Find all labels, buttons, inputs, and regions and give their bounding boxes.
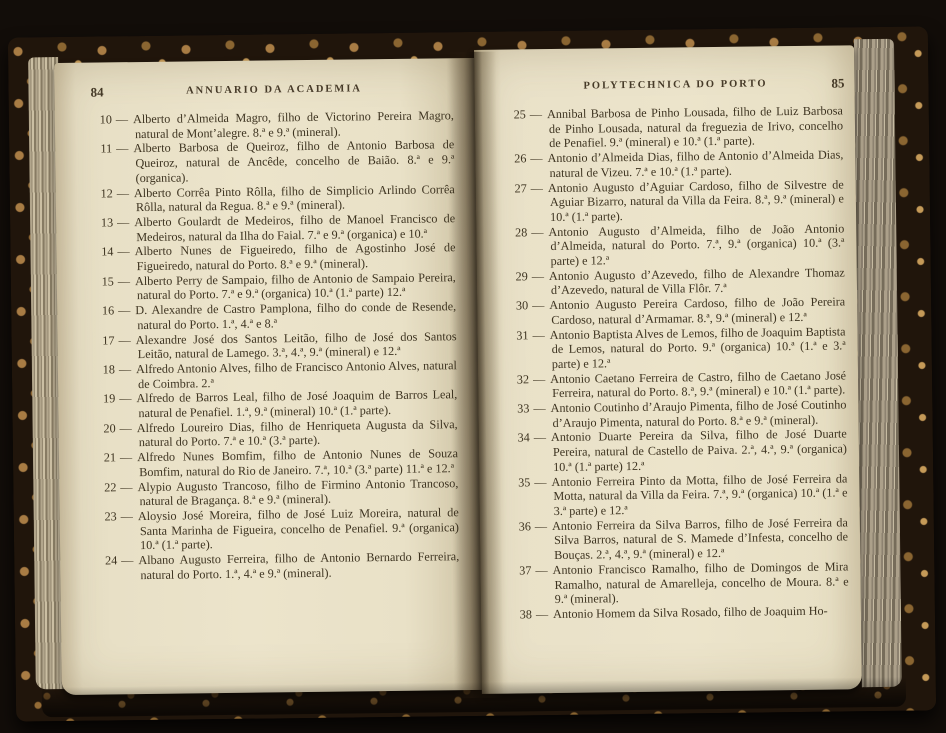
catalog-entry: 31—Antonio Baptista Alves de Lemos, filh…	[511, 324, 846, 372]
entry-text: D. Alexandre de Castro Pamplona, filho d…	[135, 299, 456, 332]
entry-number: 35	[513, 475, 530, 490]
catalog-entry: 32—Antonio Caetano Ferreira de Castro, f…	[512, 368, 846, 401]
entry-number: 28	[510, 225, 527, 240]
catalog-entry: 33—Antonio Coutinho d’Araujo Pimenta, fi…	[512, 397, 846, 430]
entry-dash: —	[115, 391, 136, 405]
catalog-entry: 12—Alberto Corrêa Pinto Rôlla, filho de …	[96, 182, 455, 216]
entry-number: 26	[509, 151, 526, 166]
entry-number: 27	[510, 181, 527, 196]
entry-number: 34	[513, 431, 530, 446]
entry-number: 19	[98, 392, 115, 407]
entries-list: 25—Annibal Barbosa de Pinho Lousada, fil…	[509, 103, 849, 622]
entry-number: 14	[96, 245, 113, 260]
entry-text: Alberto d’Almeida Magro, filho de Victor…	[133, 108, 454, 141]
entry-number: 33	[512, 401, 529, 416]
catalog-entry: 16—D. Alexandre de Castro Pamplona, filh…	[97, 299, 456, 333]
entries-list: 10—Alberto d’Almeida Magro, filho de Vic…	[95, 108, 460, 583]
entry-dash: —	[112, 142, 133, 156]
entry-number: 13	[96, 215, 113, 230]
entry-text: Alberto Nunes de Figueiredo, filho de Ag…	[135, 241, 456, 274]
right-page-header: POLYTECHNICA DO PORTO 85	[508, 77, 842, 92]
entry-dash: —	[116, 480, 137, 494]
entry-number: 24	[100, 553, 117, 568]
right-page: POLYTECHNICA DO PORTO 85 25—Annibal Barb…	[474, 45, 862, 694]
catalog-entry: 24—Albano Augusto Ferreira, filho de Ant…	[100, 549, 459, 583]
entry-dash: —	[532, 607, 553, 621]
catalog-entry: 22—Alypio Augusto Trancoso, filho de Fir…	[99, 476, 458, 510]
entry-text: Alfredo de Barros Leal, filho de José Jo…	[136, 388, 457, 421]
catalog-entry: 36—Antonio Ferreira da Silva Barros, fil…	[514, 515, 849, 563]
entry-dash: —	[529, 372, 550, 386]
entry-number: 38	[515, 607, 532, 622]
entry-dash: —	[112, 112, 133, 126]
entry-number: 25	[509, 107, 526, 122]
entry-text: Antonio Baptista Alves de Lemos, filho d…	[550, 324, 846, 371]
entry-text: Alfredo Antonio Alves, filho de Francisc…	[136, 358, 457, 391]
entry-text: Alberto Goulardt de Medeiros, filho de M…	[134, 211, 455, 244]
catalog-entry: 21—Alfredo Nunes Bomfim, filho de Antoni…	[99, 446, 458, 480]
entry-dash: —	[531, 519, 552, 533]
entry-dash: —	[114, 274, 135, 288]
entry-number: 20	[99, 421, 116, 436]
catalog-entry: 11—Alberto Barbosa de Queiroz, filho de …	[95, 138, 455, 186]
entry-number: 23	[100, 509, 117, 524]
catalog-entry: 38—Antonio Homem da Silva Rosado, filho …	[515, 603, 849, 622]
entry-number: 36	[514, 519, 531, 534]
catalog-entry: 15—Alberto Perry de Sampaio, filho de An…	[97, 270, 456, 304]
entry-dash: —	[528, 328, 549, 342]
entry-number: 37	[514, 563, 531, 578]
entry-dash: —	[530, 431, 551, 445]
entry-number: 29	[511, 269, 528, 284]
entry-dash: —	[116, 421, 137, 435]
entry-text: Alypio Augusto Trancoso, filho de Firmin…	[137, 476, 458, 509]
book-right-page-edges	[854, 39, 902, 687]
entry-number: 17	[97, 333, 114, 348]
entry-dash: —	[528, 298, 549, 312]
catalog-entry: 26—Antonio d’Almeida Dias, filho de Anto…	[509, 148, 843, 181]
catalog-entry: 35—Antonio Ferreira Pinto da Motta, filh…	[513, 471, 848, 519]
entry-text: Alberto Perry de Sampaio, filho de Anton…	[135, 270, 456, 303]
entry-number: 16	[97, 304, 114, 319]
book: 84 ANNUARIO DA ACADEMIA 10—Alberto d’Alm…	[8, 26, 936, 721]
entry-number: 30	[511, 298, 528, 313]
entry-dash: —	[114, 333, 135, 347]
catalog-entry: 17—Alexandre José dos Santos Leitão, fil…	[97, 329, 456, 363]
catalog-entry: 34—Antonio Duarte Pereira da Silva, filh…	[513, 427, 848, 475]
running-title: POLYTECHNICA DO PORTO	[583, 78, 767, 91]
entry-dash: —	[117, 509, 138, 523]
entry-dash: —	[115, 362, 136, 376]
entry-text: Antonio Duarte Pereira da Silva, filho d…	[551, 427, 847, 474]
entry-number: 32	[512, 372, 529, 387]
entry-dash: —	[113, 186, 134, 200]
entry-number: 12	[96, 186, 113, 201]
entry-text: Antonio Ferreira da Silva Barros, filho …	[552, 515, 848, 562]
entry-dash: —	[113, 244, 134, 258]
entry-text: Alexandre José dos Santos Leitão, filho …	[136, 329, 457, 362]
entry-text: Aloysio José Moreira, filho de José Luiz…	[138, 505, 459, 552]
page-number: 85	[831, 75, 844, 91]
entry-text: Antonio Augusto d’Azevedo, filho de Alex…	[549, 265, 845, 297]
catalog-entry: 23—Aloysio José Moreira, filho de José L…	[100, 505, 460, 553]
entry-dash: —	[530, 475, 551, 489]
entry-text: Annibal Barbosa de Pinho Lousada, filho …	[547, 103, 843, 150]
entry-text: Antonio Ferreira Pinto da Motta, filho d…	[551, 471, 847, 518]
entry-text: Antonio Augusto d’Almeida, filho de João…	[548, 221, 844, 268]
catalog-entry: 18—Alfredo Antonio Alves, filho de Franc…	[98, 358, 457, 392]
running-title: ANNUARIO DA ACADEMIA	[186, 83, 362, 96]
entry-dash: —	[528, 269, 549, 283]
entry-text: Alberto Barbosa de Queiroz, filho de Ant…	[133, 138, 454, 185]
entry-dash: —	[117, 553, 138, 567]
catalog-entry: 27—Antonio Augusto d’Aguiar Cardoso, fil…	[510, 177, 845, 225]
entry-number: 22	[99, 480, 116, 495]
entry-text: Antonio Augusto d’Aguiar Cardoso, filho …	[548, 177, 844, 224]
catalog-entry: 28—Antonio Augusto d’Almeida, filho de J…	[510, 221, 845, 269]
catalog-entry: 25—Annibal Barbosa de Pinho Lousada, fil…	[509, 103, 844, 151]
entry-dash: —	[529, 401, 550, 415]
left-page-header: 84 ANNUARIO DA ACADEMIA	[94, 82, 453, 97]
entry-text: Antonio d’Almeida Dias, filho de Antonio…	[547, 148, 843, 180]
entry-text: Antonio Caetano Ferreira de Castro, filh…	[550, 368, 846, 400]
right-page-content: POLYTECHNICA DO PORTO 85 25—Annibal Barb…	[474, 45, 862, 694]
catalog-entry: 10—Alberto d’Almeida Magro, filho de Vic…	[95, 108, 454, 142]
entry-dash: —	[114, 303, 135, 317]
entry-number: 18	[98, 362, 115, 377]
left-page: 84 ANNUARIO DA ACADEMIA 10—Alberto d’Alm…	[54, 58, 482, 695]
entry-dash: —	[526, 107, 547, 121]
catalog-entry: 19—Alfredo de Barros Leal, filho de José…	[98, 388, 457, 422]
catalog-entry: 13—Alberto Goulardt de Medeiros, filho d…	[96, 211, 455, 245]
entry-text: Alfredo Nunes Bomfim, filho de Antonio N…	[137, 446, 458, 479]
catalog-entry: 30—Antonio Augusto Pereira Cardoso, filh…	[511, 295, 845, 328]
entry-text: Antonio Augusto Pereira Cardoso, filho d…	[549, 295, 845, 327]
entry-dash: —	[113, 215, 134, 229]
entry-text: Antonio Coutinho d’Araujo Pimenta, filho…	[551, 397, 847, 429]
entry-number: 21	[99, 451, 116, 466]
page-number: 84	[90, 84, 103, 100]
entry-text: Antonio Francisco Ramalho, filho de Domi…	[553, 559, 849, 606]
entry-number: 15	[97, 274, 114, 289]
entry-dash: —	[527, 225, 548, 239]
entry-text: Alberto Corrêa Pinto Rôlla, filho de Sim…	[134, 182, 455, 215]
entry-dash: —	[526, 151, 547, 165]
entry-number: 31	[511, 328, 528, 343]
entry-text: Albano Augusto Ferreira, filho de Antoni…	[138, 549, 459, 582]
catalog-entry: 14—Alberto Nunes de Figueiredo, filho de…	[96, 241, 455, 275]
entry-number: 11	[95, 142, 112, 157]
catalog-entry: 29—Antonio Augusto d’Azevedo, filho de A…	[511, 265, 845, 298]
entry-dash: —	[531, 563, 552, 577]
entry-text: Antonio Homem da Silva Rosado, filho de …	[553, 604, 828, 621]
entry-number: 10	[95, 112, 112, 127]
catalog-entry: 37—Antonio Francisco Ramalho, filho de D…	[514, 559, 849, 607]
entry-dash: —	[527, 181, 548, 195]
catalog-entry: 20—Alfredo Loureiro Dias, filho de Henri…	[99, 417, 458, 451]
entry-text: Alfredo Loureiro Dias, filho de Henrique…	[137, 417, 458, 450]
entry-dash: —	[116, 450, 137, 464]
left-page-content: 84 ANNUARIO DA ACADEMIA 10—Alberto d’Alm…	[54, 58, 482, 695]
